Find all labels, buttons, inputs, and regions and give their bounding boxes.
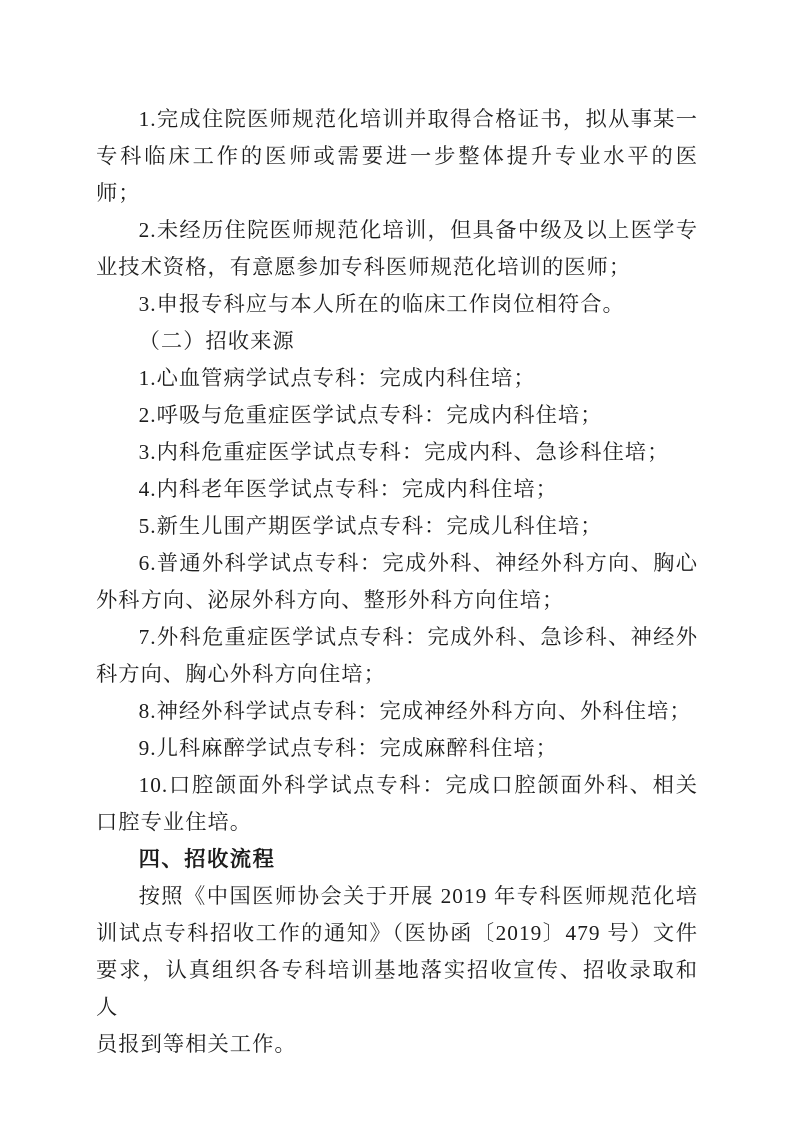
- paragraph: 3.内科危重症医学试点专科：完成内科、急诊科住培；: [96, 434, 698, 471]
- paragraph: 5.新生儿围产期医学试点专科：完成儿科住培；: [96, 508, 698, 545]
- document-body: 1.完成住院医师规范化培训并取得合格证书，拟从事某一专科临床工作的医师或需要进一…: [96, 101, 698, 1063]
- paragraph: 2.未经历住院医师规范化培训，但具备中级及以上医学专业技术资格，有意愿参加专科医…: [96, 212, 698, 286]
- text-line: 6.普通外科学试点专科：完成外科、神经外科方向、胸心: [96, 545, 698, 582]
- paragraph: 1.心血管病学试点专科：完成内科住培；: [96, 360, 698, 397]
- paragraph: 3.申报专科应与本人所在的临床工作岗位相符合。: [96, 286, 698, 323]
- section-heading: 四、招收流程: [96, 841, 698, 878]
- paragraph: 8.神经外科学试点专科：完成神经外科方向、外科住培；: [96, 693, 698, 730]
- paragraph: 7.外科危重症医学试点专科：完成外科、急诊科、神经外科方向、胸心外科方向住培；: [96, 619, 698, 693]
- paragraph: 4.内科老年医学试点专科：完成内科住培；: [96, 471, 698, 508]
- text-line: 专科临床工作的医师或需要进一步整体提升专业水平的医师；: [96, 138, 698, 212]
- text-line: 5.新生儿围产期医学试点专科：完成儿科住培；: [96, 508, 698, 545]
- text-line: 9.儿科麻醉学试点专科：完成麻醉科住培；: [96, 730, 698, 767]
- document-page: 1.完成住院医师规范化培训并取得合格证书，拟从事某一专科临床工作的医师或需要进一…: [0, 0, 794, 1123]
- text-line: 7.外科危重症医学试点专科：完成外科、急诊科、神经外: [96, 619, 698, 656]
- text-line: 3.内科危重症医学试点专科：完成内科、急诊科住培；: [96, 434, 698, 471]
- text-line: 3.申报专科应与本人所在的临床工作岗位相符合。: [96, 286, 698, 323]
- text-line: 业技术资格，有意愿参加专科医师规范化培训的医师；: [96, 249, 698, 286]
- text-line: 2.未经历住院医师规范化培训，但具备中级及以上医学专: [96, 212, 698, 249]
- paragraph: 6.普通外科学试点专科：完成外科、神经外科方向、胸心外科方向、泌尿外科方向、整形…: [96, 545, 698, 619]
- paragraph: 9.儿科麻醉学试点专科：完成麻醉科住培；: [96, 730, 698, 767]
- paragraph: 1.完成住院医师规范化培训并取得合格证书，拟从事某一专科临床工作的医师或需要进一…: [96, 101, 698, 212]
- paragraph: 按照《中国医师协会关于开展 2019 年专科医师规范化培训试点专科招收工作的通知…: [96, 878, 698, 1063]
- text-line: 员报到等相关工作。: [96, 1026, 698, 1063]
- text-line: 按照《中国医师协会关于开展 2019 年专科医师规范化培: [96, 878, 698, 915]
- text-line: 8.神经外科学试点专科：完成神经外科方向、外科住培；: [96, 693, 698, 730]
- text-line: 2.呼吸与危重症医学试点专科：完成内科住培；: [96, 397, 698, 434]
- text-line: 训试点专科招收工作的通知》（医协函〔2019〕479 号）文件: [96, 915, 698, 952]
- text-line: 4.内科老年医学试点专科：完成内科住培；: [96, 471, 698, 508]
- paragraph: 10.口腔颌面外科学试点专科：完成口腔颌面外科、相关口腔专业住培。: [96, 767, 698, 841]
- text-line: 10.口腔颌面外科学试点专科：完成口腔颌面外科、相关: [96, 767, 698, 804]
- text-line: 口腔专业住培。: [96, 804, 698, 841]
- text-line: 1.心血管病学试点专科：完成内科住培；: [96, 360, 698, 397]
- text-line: 四、招收流程: [96, 841, 698, 878]
- text-line: 科方向、胸心外科方向住培；: [96, 656, 698, 693]
- text-line: 要求，认真组织各专科培训基地落实招收宣传、招收录取和人: [96, 952, 698, 1026]
- paragraph: 2.呼吸与危重症医学试点专科：完成内科住培；: [96, 397, 698, 434]
- paragraph: （二）招收来源: [96, 323, 698, 360]
- text-line: （二）招收来源: [96, 323, 698, 360]
- text-line: 1.完成住院医师规范化培训并取得合格证书，拟从事某一: [96, 101, 698, 138]
- text-line: 外科方向、泌尿外科方向、整形外科方向住培；: [96, 582, 698, 619]
